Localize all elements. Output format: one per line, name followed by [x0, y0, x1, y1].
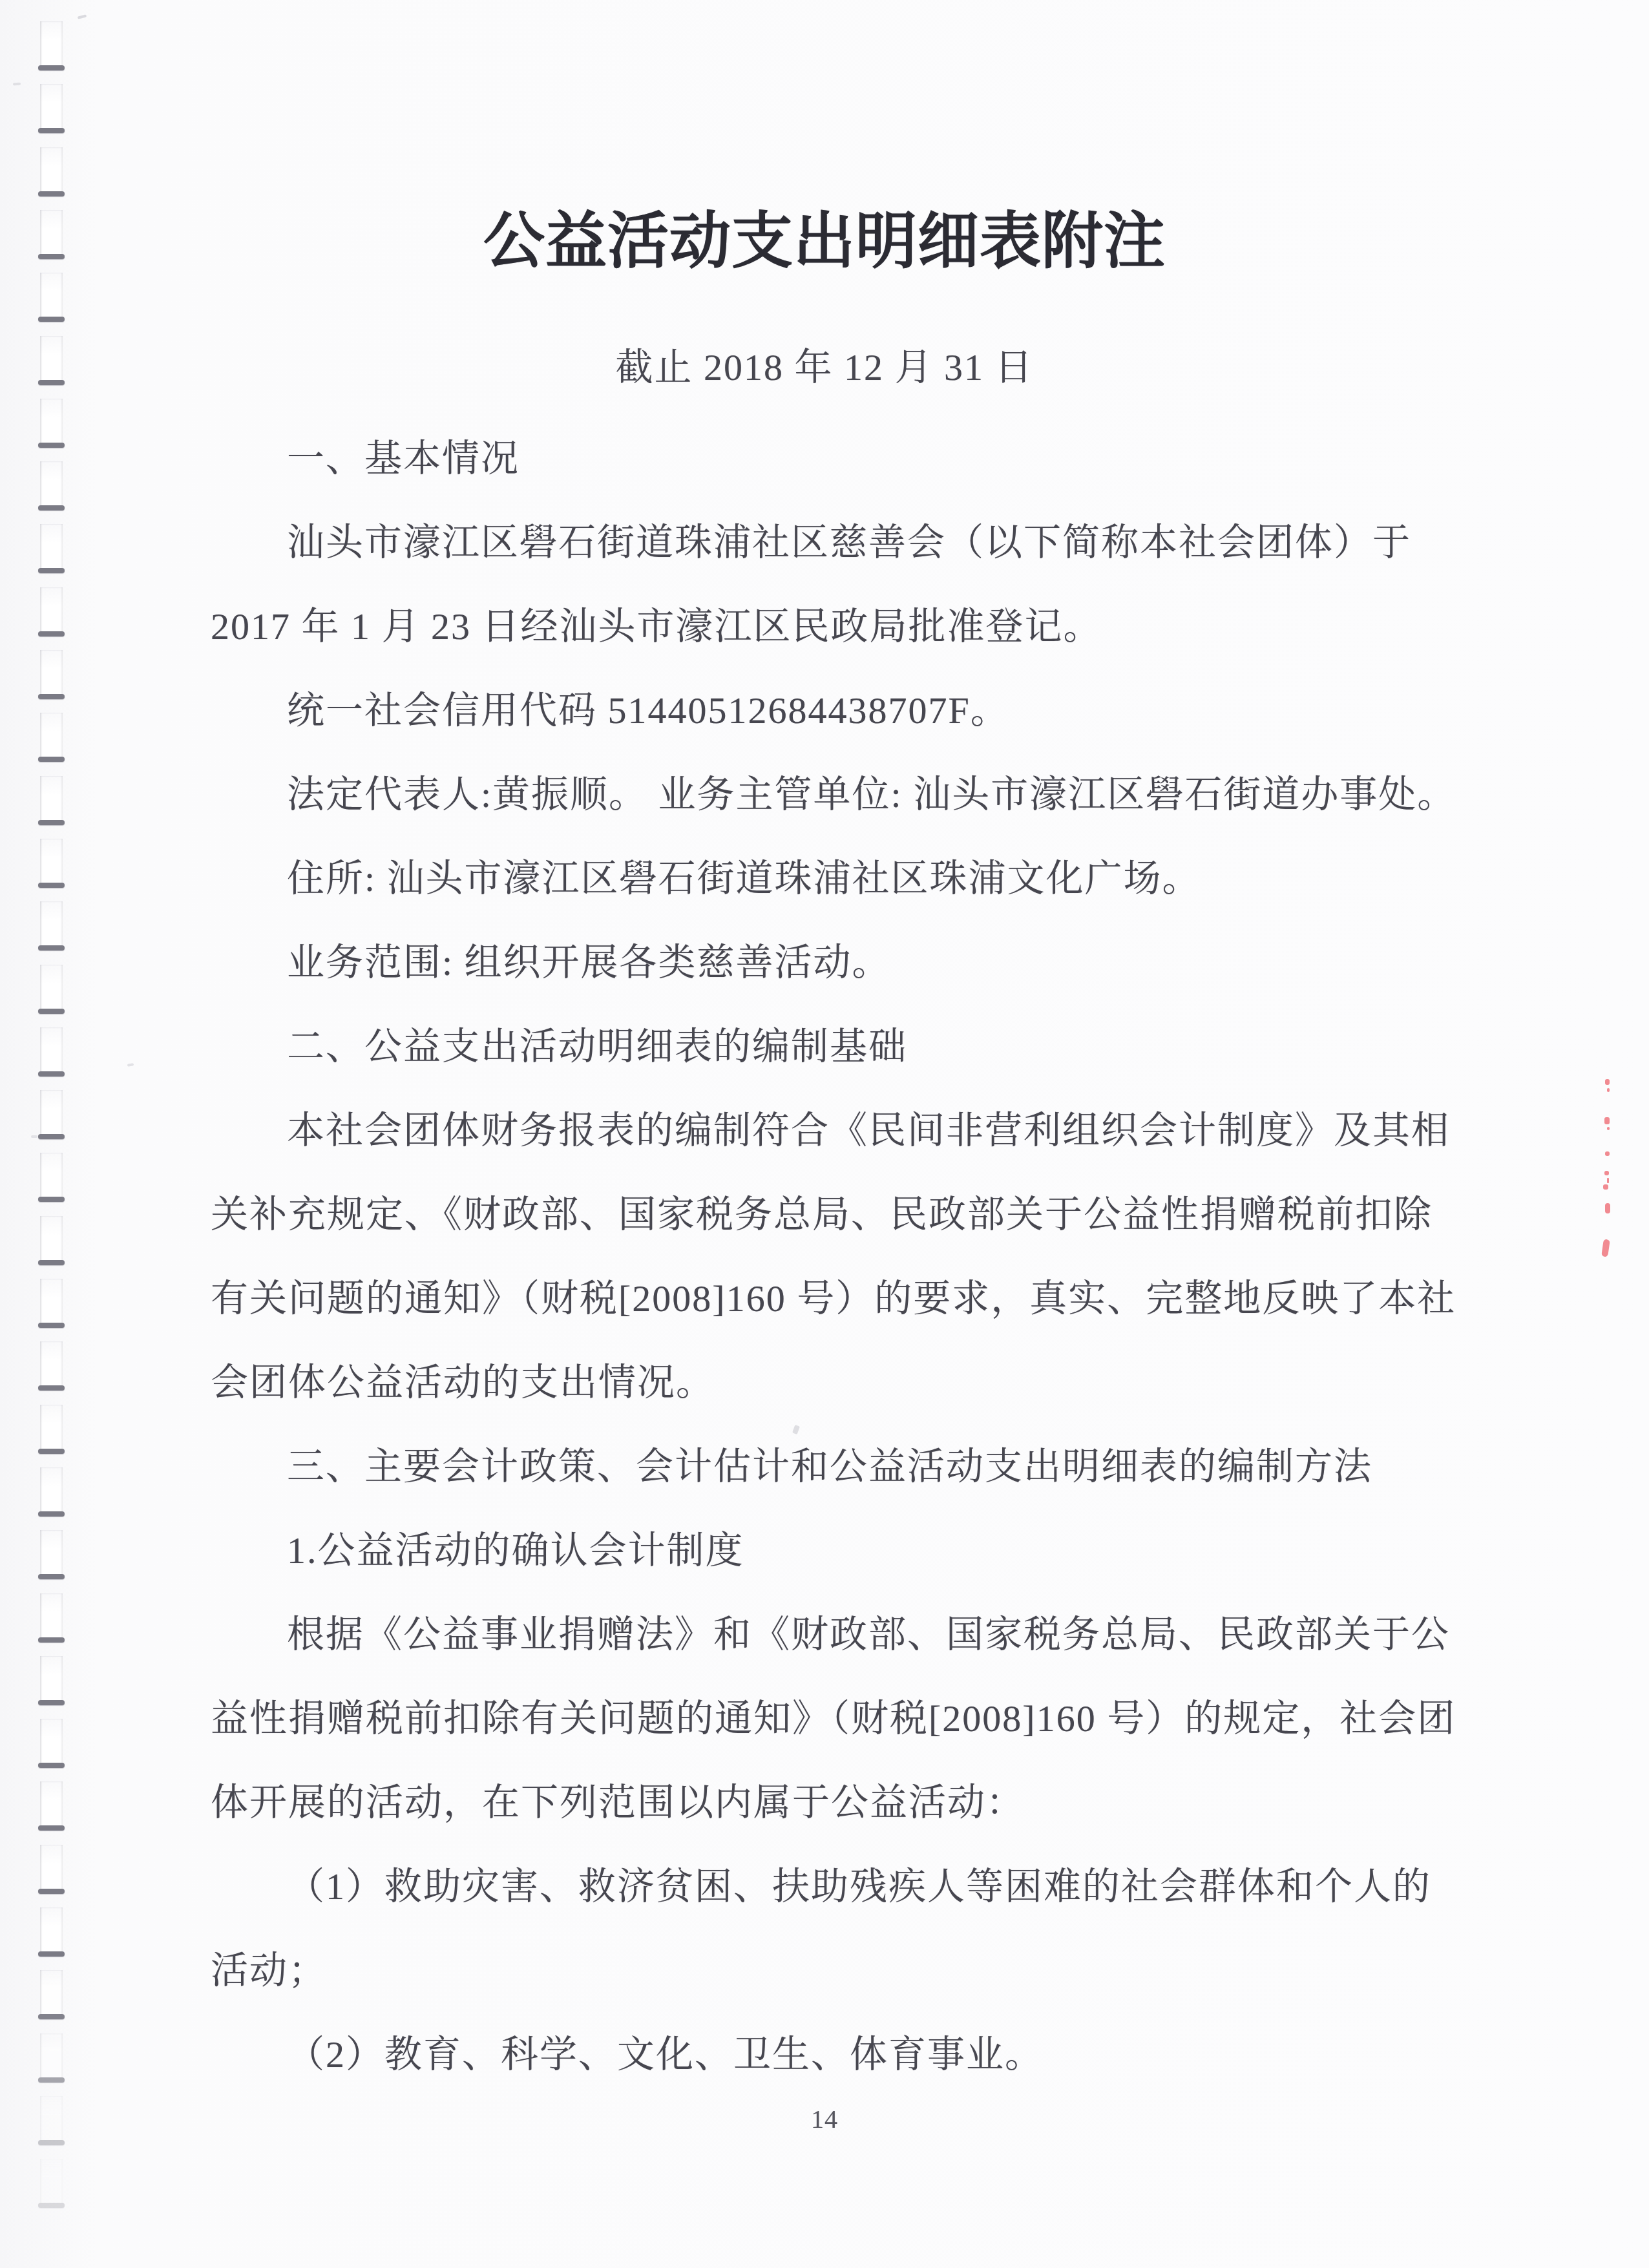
scan-speck	[31, 1135, 37, 1138]
date-line: 截止 2018 年 12 月 31 日	[0, 341, 1649, 394]
text-line-9: 本社会团体财务报表的编制符合《民间非营利组织会计制度》及其相	[211, 1089, 1458, 1173]
binding-hole	[40, 21, 63, 68]
binding-hole	[40, 84, 63, 131]
binding-hole	[40, 776, 63, 823]
text-line-17: 体开展的活动，在下列范围以内属于公益活动：	[211, 1761, 1458, 1845]
page-number: 14	[0, 2104, 1649, 2135]
binding-hole	[40, 1719, 63, 1765]
text-line-18: （1）救助灾害、救济贫困、扶助残疾人等困难的社会群体和个人的	[211, 1845, 1458, 1929]
binding-hole	[40, 399, 63, 445]
text-line-6: 住所: 汕头市濠江区礐石街道珠浦社区珠浦文化广场。	[211, 837, 1458, 921]
text-line-10: 关补充规定、《财政部、国家税务总局、民政部关于公益性捐赠税前扣除	[211, 1173, 1458, 1257]
text-line-14: 1.公益活动的确认会计制度	[211, 1509, 1458, 1593]
binding-hole	[40, 1970, 63, 2017]
scanned-page: 公益活动支出明细表附注 截止 2018 年 12 月 31 日 一、基本情况汕头…	[0, 0, 1649, 2268]
text-line-7: 业务范围: 组织开展各类慈善活动。	[211, 921, 1458, 1005]
text-line-19: 活动；	[211, 1929, 1458, 2013]
text-line-5: 法定代表人:黄振顺。 业务主管单位: 汕头市濠江区礐石街道办事处。	[211, 753, 1458, 837]
scan-speck	[127, 1063, 134, 1066]
binding-hole	[40, 273, 63, 319]
binding-hole	[40, 1593, 63, 1640]
text-line-1: 一、基本情况	[211, 417, 1458, 501]
red-edge-mark	[1605, 1079, 1610, 1085]
red-edge-mark	[1603, 1184, 1608, 1190]
binding-hole	[40, 713, 63, 759]
binding-hole	[40, 587, 63, 634]
text-line-11: 有关问题的通知》（财税[2008]160 号）的要求，真实、完整地反映了本社	[211, 1257, 1458, 1341]
text-line-12: 会团体公益活动的支出情况。	[211, 1341, 1458, 1425]
binding-hole	[40, 839, 63, 885]
red-edge-mark	[1605, 1203, 1610, 1213]
binding-hole	[40, 1341, 63, 1388]
red-edge-mark	[1607, 1088, 1610, 1092]
binding-hole	[40, 1467, 63, 1514]
binding-hole	[40, 2159, 63, 2205]
binding-hole	[40, 965, 63, 1011]
binding-hole	[40, 1216, 63, 1263]
text-line-15: 根据《公益事业捐赠法》和《财政部、国家税务总局、民政部关于公	[211, 1593, 1458, 1677]
text-line-13: 三、主要会计政策、会计估计和公益活动支出明细表的编制方法	[211, 1425, 1458, 1509]
binding-hole	[40, 650, 63, 697]
binding-hole	[40, 2033, 63, 2080]
text-line-20: （2）教育、科学、文化、卫生、体育事业。	[211, 2013, 1458, 2097]
text-line-16: 益性捐赠税前扣除有关问题的通知》（财税[2008]160 号）的规定，社会团	[211, 1677, 1458, 1761]
page-title: 公益活动支出明细表附注	[0, 205, 1649, 278]
text-line-3: 2017 年 1 月 23 日经汕头市濠江区民政局批准登记。	[211, 585, 1458, 669]
text-line-4: 统一社会信用代码 51440512684438707F。	[211, 669, 1458, 753]
binding-hole	[40, 1090, 63, 1137]
binding-hole	[40, 1530, 63, 1577]
binding-hole	[40, 1027, 63, 1074]
text-line-8: 二、公益支出活动明细表的编制基础	[211, 1005, 1458, 1089]
red-edge-mark	[1604, 1117, 1610, 1124]
binding-hole	[40, 1279, 63, 1325]
red-edge-mark	[1605, 1151, 1610, 1156]
binding-hole	[40, 901, 63, 948]
text-line-2: 汕头市濠江区礐石街道珠浦社区慈善会（以下简称本社会团体）于	[211, 501, 1458, 585]
binding-hole	[40, 147, 63, 194]
binding-hole	[40, 1781, 63, 1828]
red-edge-mark	[1601, 1239, 1610, 1257]
red-edge-mark	[1607, 1127, 1610, 1130]
binding-hole	[40, 524, 63, 571]
binding-hole	[40, 1656, 63, 1703]
binding-hole	[40, 1153, 63, 1199]
document-body: 一、基本情况汕头市濠江区礐石街道珠浦社区慈善会（以下简称本社会团体）于2017 …	[211, 417, 1458, 2097]
red-edge-mark	[1604, 1171, 1609, 1175]
scan-speck	[78, 14, 87, 19]
binding-hole	[40, 1907, 63, 1954]
binding-hole	[40, 461, 63, 508]
red-edge-mark	[1607, 1178, 1609, 1183]
binding-hole	[40, 1405, 63, 1451]
binding-hole	[40, 1845, 63, 1891]
scan-speck	[13, 82, 21, 85]
